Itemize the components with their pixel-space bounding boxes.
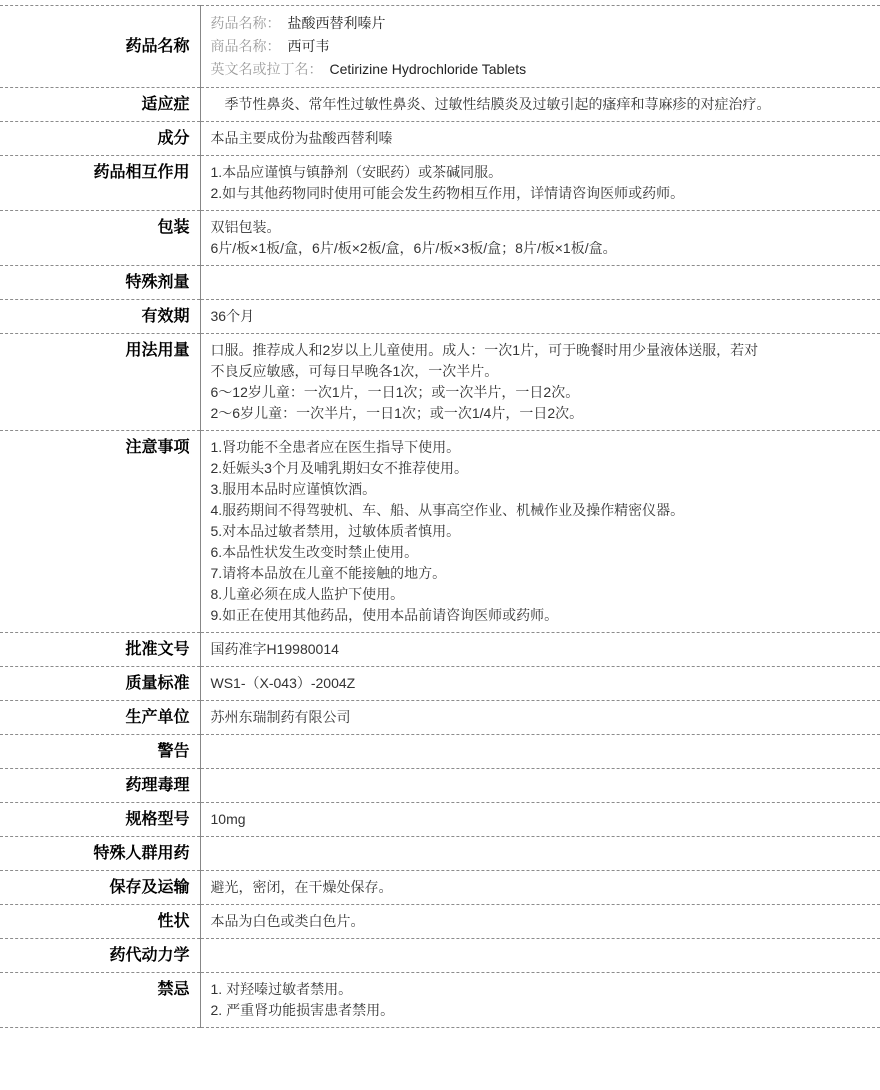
field-key: 商品名称： bbox=[211, 38, 281, 54]
row-label: 禁忌 bbox=[0, 973, 200, 1028]
row-label: 注意事项 bbox=[0, 431, 200, 633]
content-line: 口服。推荐成人和2岁以上儿童使用。成人：一次1片，可于晚餐时用少量液体送服，若对 bbox=[211, 340, 869, 361]
content-line: 6～12岁儿童：一次1片，一日1次；或一次半片，一日2次。 bbox=[211, 382, 869, 403]
content-line: 避光，密闭，在干燥处保存。 bbox=[211, 877, 869, 898]
table-row: 批准文号国药准字H19980014 bbox=[0, 633, 880, 667]
row-content: 口服。推荐成人和2岁以上儿童使用。成人：一次1片，可于晚餐时用少量液体送服，若对… bbox=[200, 334, 880, 431]
table-row: 特殊剂量 bbox=[0, 266, 880, 300]
field-value: 西可韦 bbox=[288, 38, 330, 54]
table-row: 禁忌1. 对羟嗪过敏者禁用。2. 严重肾功能损害患者禁用。 bbox=[0, 973, 880, 1028]
table-row: 注意事项1.肾功能不全患者应在医生指导下使用。2.妊娠头3个月及哺乳期妇女不推荐… bbox=[0, 431, 880, 633]
row-content: 国药准字H19980014 bbox=[200, 633, 880, 667]
content-line: 1. 对羟嗪过敏者禁用。 bbox=[211, 979, 869, 1000]
content-line: 双铝包装。 bbox=[211, 217, 869, 238]
field-line: 药品名称：盐酸西替利嗪片 bbox=[211, 12, 869, 35]
row-label: 性状 bbox=[0, 905, 200, 939]
table-row: 成分本品主要成份为盐酸西替利嗪 bbox=[0, 122, 880, 156]
row-content: 双铝包装。6片/板×1板/盒，6片/板×2板/盒，6片/板×3板/盒；8片/板×… bbox=[200, 211, 880, 266]
row-content: 1.本品应谨慎与镇静剂（安眠药）或茶碱同服。2.如与其他药物同时使用可能会发生药… bbox=[200, 156, 880, 211]
table-row: 生产单位苏州东瑞制药有限公司 bbox=[0, 701, 880, 735]
content-line: 不良反应敏感，可每日早晚各1次，一次半片。 bbox=[211, 361, 869, 382]
row-content: 本品主要成份为盐酸西替利嗪 bbox=[200, 122, 880, 156]
field-key: 药品名称： bbox=[211, 15, 281, 31]
content-line: 1.肾功能不全患者应在医生指导下使用。 bbox=[211, 437, 869, 458]
table-row: 药代动力学 bbox=[0, 939, 880, 973]
row-content bbox=[200, 769, 880, 803]
content-line: 5.对本品过敏者禁用，过敏体质者慎用。 bbox=[211, 521, 869, 542]
content-line: 3.服用本品时应谨慎饮酒。 bbox=[211, 479, 869, 500]
row-label: 警告 bbox=[0, 735, 200, 769]
row-label: 药代动力学 bbox=[0, 939, 200, 973]
content-line: 本品为白色或类白色片。 bbox=[211, 911, 869, 932]
field-key: 英文名或拉丁名： bbox=[211, 61, 323, 77]
row-label: 保存及运输 bbox=[0, 871, 200, 905]
table-row: 适应症 季节性鼻炎、常年性过敏性鼻炎、过敏性结膜炎及过敏引起的瘙痒和荨麻疹的对症… bbox=[0, 88, 880, 122]
table-row: 包装双铝包装。6片/板×1板/盒，6片/板×2板/盒，6片/板×3板/盒；8片/… bbox=[0, 211, 880, 266]
content-line: 7.请将本品放在儿童不能接触的地方。 bbox=[211, 563, 869, 584]
drug-info-page: 药品名称药品名称：盐酸西替利嗪片商品名称：西可韦英文名或拉丁名：Cetirizi… bbox=[0, 0, 880, 1090]
content-line: 36个月 bbox=[211, 306, 869, 327]
content-line: 国药准字H19980014 bbox=[211, 639, 869, 660]
row-label: 适应症 bbox=[0, 88, 200, 122]
row-content bbox=[200, 939, 880, 973]
content-line: 8.儿童必须在成人监护下使用。 bbox=[211, 584, 869, 605]
content-line: 9.如正在使用其他药品，使用本品前请咨询医师或药师。 bbox=[211, 605, 869, 626]
table-row: 性状本品为白色或类白色片。 bbox=[0, 905, 880, 939]
content-line: 6.本品性状发生改变时禁止使用。 bbox=[211, 542, 869, 563]
table-row: 药理毒理 bbox=[0, 769, 880, 803]
table-row: 警告 bbox=[0, 735, 880, 769]
row-label: 批准文号 bbox=[0, 633, 200, 667]
row-label: 用法用量 bbox=[0, 334, 200, 431]
field-line: 商品名称：西可韦 bbox=[211, 35, 869, 58]
content-line: 本品主要成份为盐酸西替利嗪 bbox=[211, 128, 869, 149]
table-row: 保存及运输避光，密闭，在干燥处保存。 bbox=[0, 871, 880, 905]
row-label: 质量标准 bbox=[0, 667, 200, 701]
row-content: 1. 对羟嗪过敏者禁用。2. 严重肾功能损害患者禁用。 bbox=[200, 973, 880, 1028]
field-value: Cetirizine Hydrochloride Tablets bbox=[330, 61, 527, 77]
row-label: 成分 bbox=[0, 122, 200, 156]
table-row: 有效期36个月 bbox=[0, 300, 880, 334]
row-label: 特殊剂量 bbox=[0, 266, 200, 300]
row-label: 包装 bbox=[0, 211, 200, 266]
table-row: 药品相互作用1.本品应谨慎与镇静剂（安眠药）或茶碱同服。2.如与其他药物同时使用… bbox=[0, 156, 880, 211]
content-line: WS1-（X-043）-2004Z bbox=[211, 673, 869, 694]
content-line: 10mg bbox=[211, 809, 869, 830]
content-line: 苏州东瑞制药有限公司 bbox=[211, 707, 869, 728]
content-line: 2.如与其他药物同时使用可能会发生药物相互作用，详情请咨询医师或药师。 bbox=[211, 183, 869, 204]
row-content: 避光，密闭，在干燥处保存。 bbox=[200, 871, 880, 905]
row-content: 10mg bbox=[200, 803, 880, 837]
row-content: 1.肾功能不全患者应在医生指导下使用。2.妊娠头3个月及哺乳期妇女不推荐使用。3… bbox=[200, 431, 880, 633]
row-content: 36个月 bbox=[200, 300, 880, 334]
row-label: 有效期 bbox=[0, 300, 200, 334]
content-line: 2.妊娠头3个月及哺乳期妇女不推荐使用。 bbox=[211, 458, 869, 479]
drug-info-table: 药品名称药品名称：盐酸西替利嗪片商品名称：西可韦英文名或拉丁名：Cetirizi… bbox=[0, 5, 880, 1028]
row-label: 药理毒理 bbox=[0, 769, 200, 803]
table-row: 质量标准WS1-（X-043）-2004Z bbox=[0, 667, 880, 701]
content-line: 4.服药期间不得驾驶机、车、船、从事高空作业、机械作业及操作精密仪器。 bbox=[211, 500, 869, 521]
table-row: 规格型号10mg bbox=[0, 803, 880, 837]
content-line: 2～6岁儿童：一次半片，一日1次；或一次1/4片，一日2次。 bbox=[211, 403, 869, 424]
row-content: 本品为白色或类白色片。 bbox=[200, 905, 880, 939]
drug-info-table-body: 药品名称药品名称：盐酸西替利嗪片商品名称：西可韦英文名或拉丁名：Cetirizi… bbox=[0, 6, 880, 1028]
row-content: 药品名称：盐酸西替利嗪片商品名称：西可韦英文名或拉丁名：Cetirizine H… bbox=[200, 6, 880, 88]
row-label: 规格型号 bbox=[0, 803, 200, 837]
content-line: 6片/板×1板/盒，6片/板×2板/盒，6片/板×3板/盒；8片/板×1板/盒。 bbox=[211, 238, 869, 259]
table-row: 用法用量口服。推荐成人和2岁以上儿童使用。成人：一次1片，可于晚餐时用少量液体送… bbox=[0, 334, 880, 431]
content-line: 2. 严重肾功能损害患者禁用。 bbox=[211, 1000, 869, 1021]
row-label: 药品相互作用 bbox=[0, 156, 200, 211]
table-row: 特殊人群用药 bbox=[0, 837, 880, 871]
row-content bbox=[200, 266, 880, 300]
field-value: 盐酸西替利嗪片 bbox=[288, 15, 386, 31]
content-line: 1.本品应谨慎与镇静剂（安眠药）或茶碱同服。 bbox=[211, 162, 869, 183]
row-label: 特殊人群用药 bbox=[0, 837, 200, 871]
row-label: 药品名称 bbox=[0, 6, 200, 88]
row-content bbox=[200, 837, 880, 871]
row-content bbox=[200, 735, 880, 769]
content-line: 季节性鼻炎、常年性过敏性鼻炎、过敏性结膜炎及过敏引起的瘙痒和荨麻疹的对症治疗。 bbox=[211, 94, 869, 115]
row-content: 苏州东瑞制药有限公司 bbox=[200, 701, 880, 735]
row-content: WS1-（X-043）-2004Z bbox=[200, 667, 880, 701]
row-content: 季节性鼻炎、常年性过敏性鼻炎、过敏性结膜炎及过敏引起的瘙痒和荨麻疹的对症治疗。 bbox=[200, 88, 880, 122]
field-line: 英文名或拉丁名：Cetirizine Hydrochloride Tablets bbox=[211, 58, 869, 81]
table-row: 药品名称药品名称：盐酸西替利嗪片商品名称：西可韦英文名或拉丁名：Cetirizi… bbox=[0, 6, 880, 88]
row-label: 生产单位 bbox=[0, 701, 200, 735]
